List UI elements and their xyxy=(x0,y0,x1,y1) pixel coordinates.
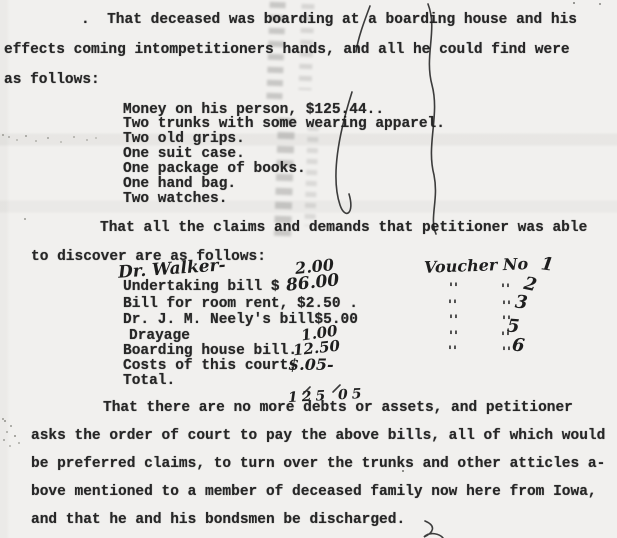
stamp-smudge xyxy=(304,126,318,226)
paragraph3-line1: That there are no more debts or assets, … xyxy=(103,400,573,416)
voucher-number: 3 xyxy=(514,291,529,313)
effects-list-item: One hand bag. xyxy=(123,176,236,192)
paper-speck xyxy=(573,2,575,4)
paragraph2-line1: That all the claims and demands that pet… xyxy=(100,220,587,236)
ditto-mark: '' xyxy=(502,299,512,314)
voucher-number: 1 xyxy=(540,253,555,276)
paragraph1-line3: as follows: xyxy=(4,72,100,88)
ditto-mark: '' xyxy=(448,344,458,359)
effects-list-item: One package of books. xyxy=(123,161,306,177)
paragraph3-line3: be preferred claims, to turn over the tr… xyxy=(31,456,605,472)
claim-amount: $.05- xyxy=(288,355,334,374)
effects-list-item: Two trunks with some wearing apparel. xyxy=(123,116,445,132)
claim-row-label: Drayage xyxy=(129,328,190,344)
claim-row-label: Boarding house bill. xyxy=(123,343,297,359)
voucher-number: 6 xyxy=(511,334,526,356)
claim-row-label: Costs of this court. xyxy=(123,358,297,374)
claim-row-label: Undertaking bill $ xyxy=(123,279,280,295)
paper-speck xyxy=(599,3,601,5)
effects-list-item: Two watches. xyxy=(123,191,227,207)
paragraph1-line1: . That deceased was boarding at a boardi… xyxy=(81,12,577,28)
ditto-mark: '' xyxy=(449,281,459,296)
claim-amount: 86.00 xyxy=(285,270,340,295)
claim-row-label: Total. xyxy=(123,373,175,389)
paragraph3-line4: bove mentioned to a member of deceased f… xyxy=(31,484,597,500)
ditto-mark: '' xyxy=(449,313,459,328)
paragraph3-line2: asks the order of court to pay the above… xyxy=(31,428,605,444)
paragraph1-line2: effects coming intompetitioners hands, a… xyxy=(4,42,570,58)
stamp-smudge xyxy=(274,118,295,237)
effects-list-item: One suit case. xyxy=(123,146,245,162)
ditto-mark: '' xyxy=(448,298,458,313)
paper-speckles xyxy=(2,418,4,420)
ditto-mark: '' xyxy=(501,282,511,297)
paper-speck xyxy=(24,218,26,220)
effects-list-item: Two old grips. xyxy=(123,131,245,147)
ditto-mark: '' xyxy=(449,329,459,344)
signature-start-stroke xyxy=(424,521,443,538)
claim-row-label: Bill for room rent, $2.50 . xyxy=(123,296,358,312)
paper-speckles xyxy=(2,134,4,136)
voucher-column-header: Voucher No xyxy=(424,254,529,277)
paragraph3-line5: and that he and his bondsmen be discharg… xyxy=(31,512,405,528)
document-scan: . That deceased was boarding at a boardi… xyxy=(0,0,617,538)
